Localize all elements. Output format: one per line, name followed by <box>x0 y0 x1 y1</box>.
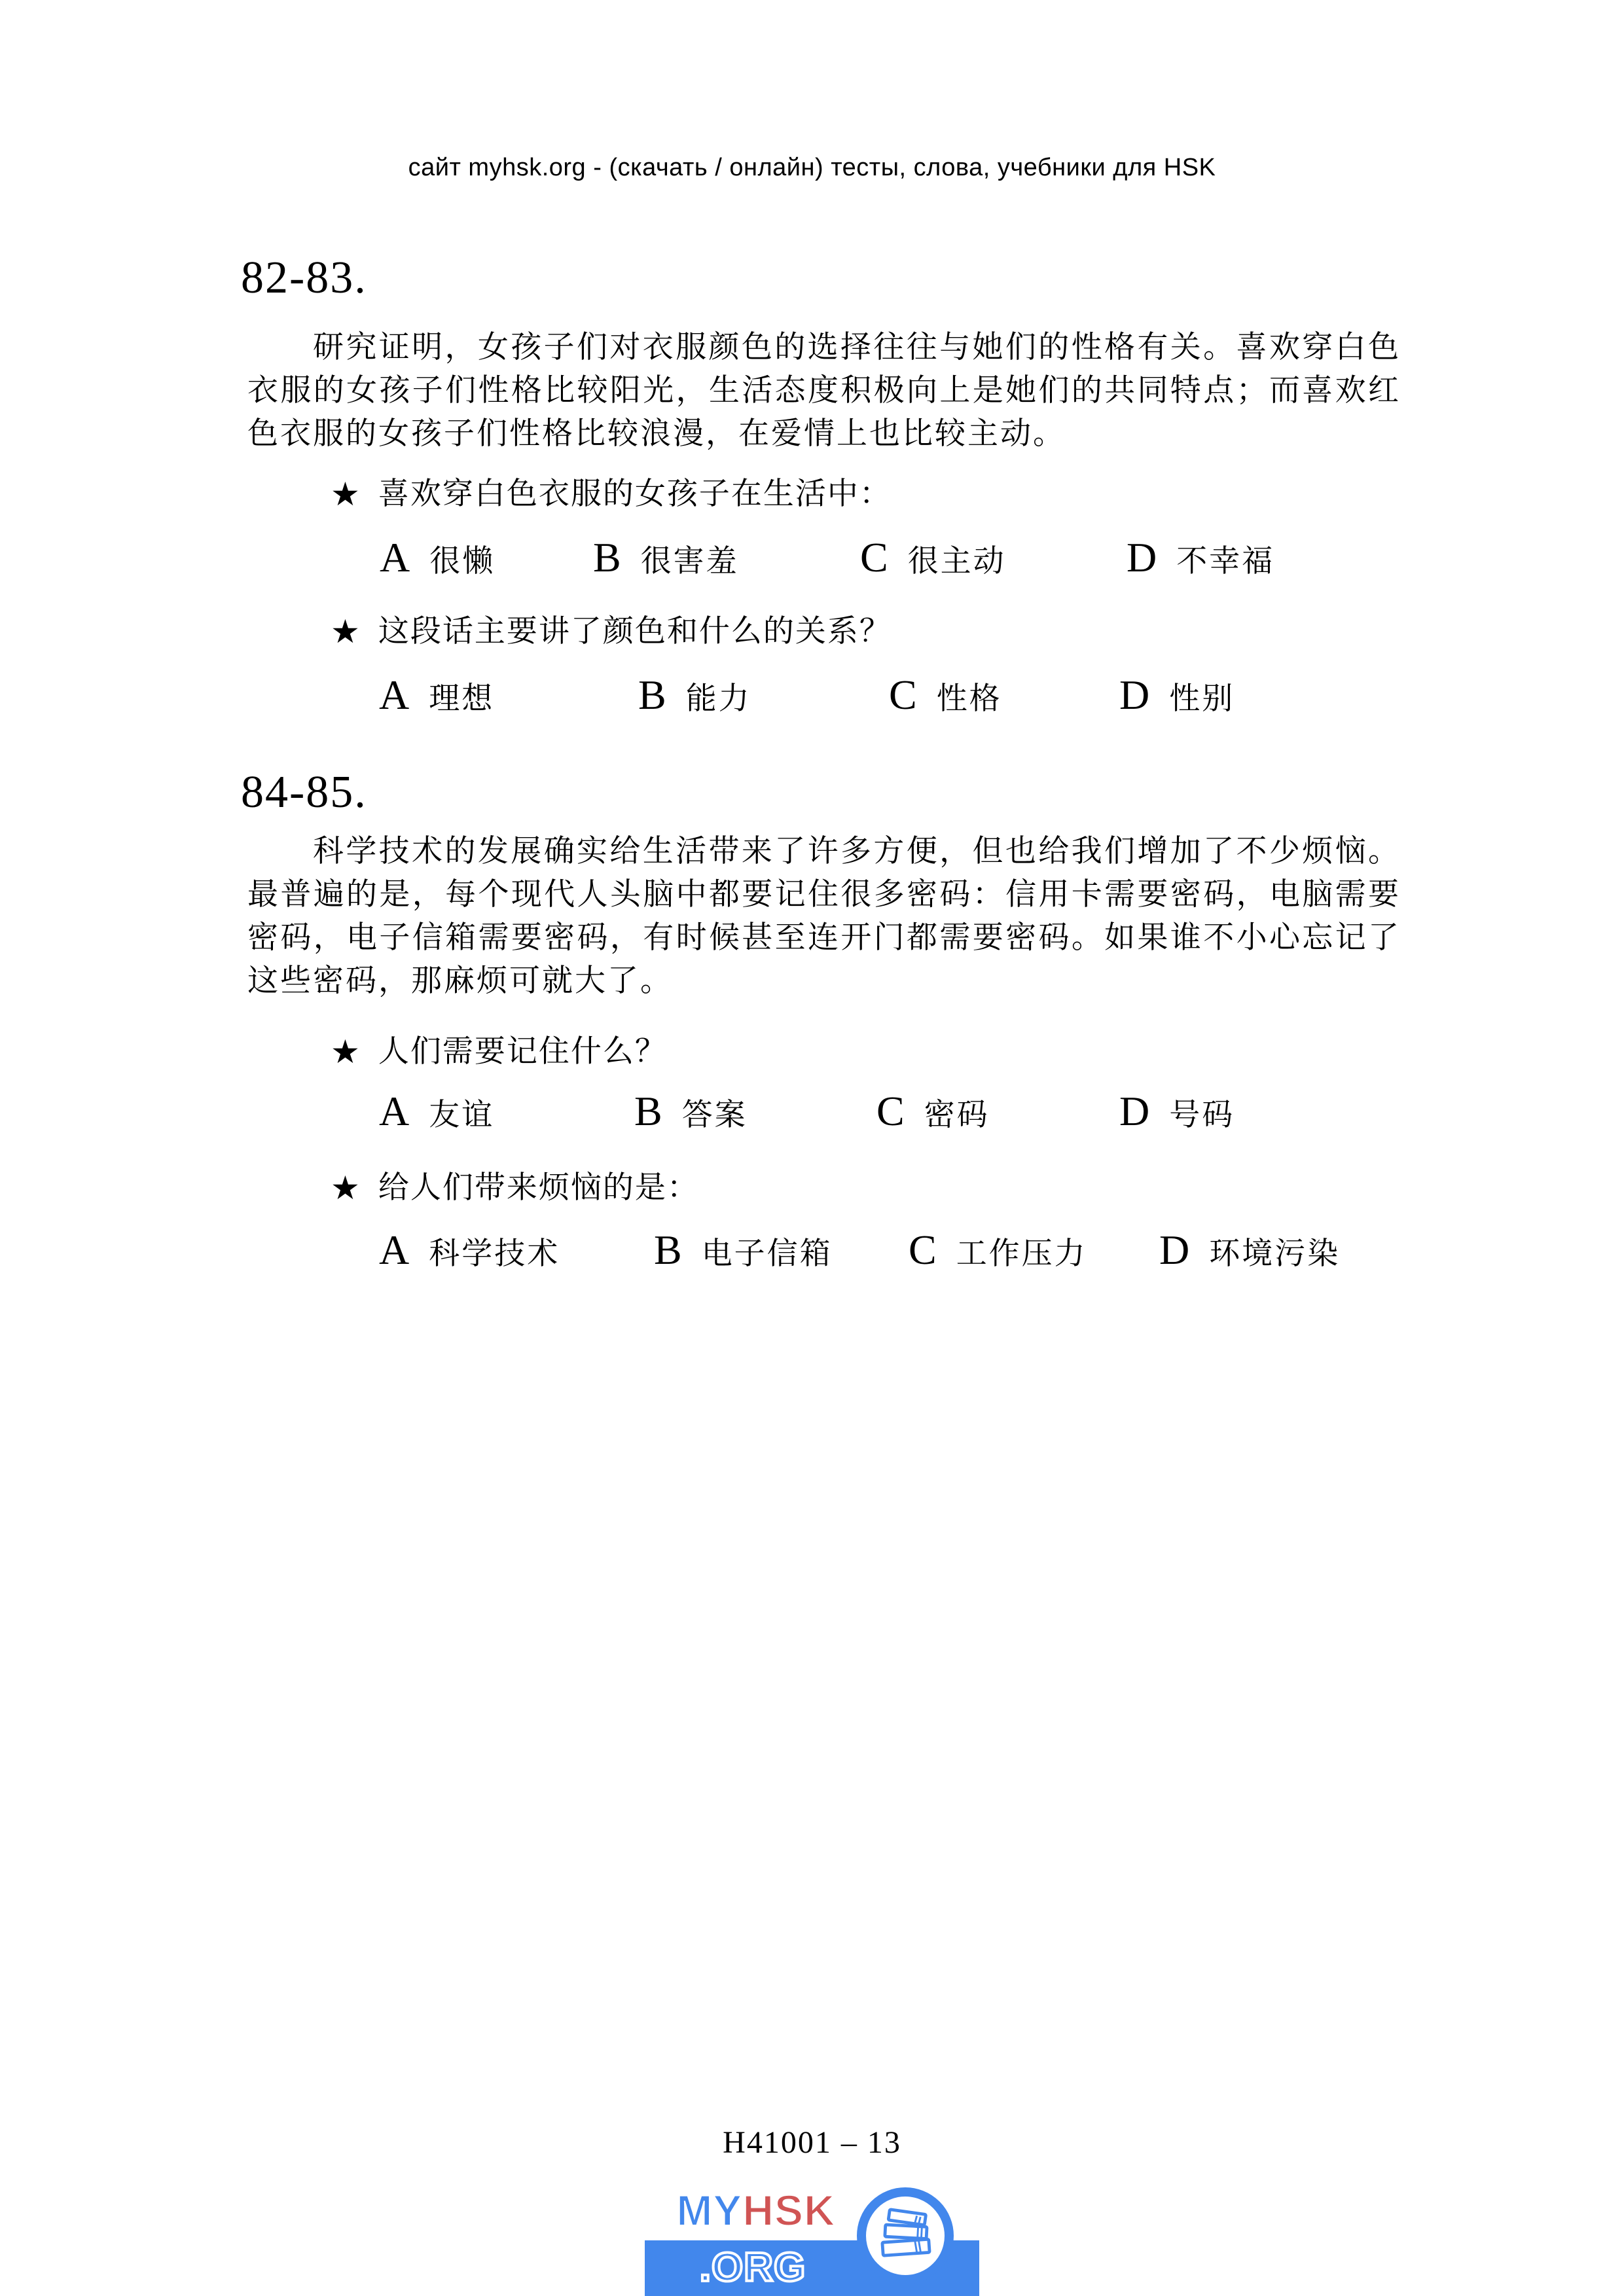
passage-82-83: 研究证明，女孩子们对衣服颜色的选择往往与她们的性格有关。喜欢穿白色衣服的女孩子们… <box>247 326 1401 456</box>
logo-hsk-text: HSK <box>742 2186 835 2234</box>
star-icon: ★ <box>331 475 361 513</box>
test-page: сайт myhsk.org - (скачать / онлайн) тест… <box>0 0 1624 2296</box>
option-letter: B <box>634 1088 662 1134</box>
logo-circle <box>857 2187 954 2284</box>
option-text: 性别 <box>1169 682 1235 716</box>
star-icon: ★ <box>331 613 361 651</box>
logo-band <box>645 2240 979 2296</box>
option-letter: B <box>654 1227 682 1273</box>
option-a: A科学技术 <box>379 1229 560 1282</box>
logo-wordmark: MYHSK <box>661 2189 851 2232</box>
option-letter: D <box>1119 672 1149 718</box>
section-number-84-85: 84-85. <box>241 770 367 816</box>
option-c: C密码 <box>876 1090 990 1143</box>
option-b: B能力 <box>638 674 751 727</box>
option-text: 环境污染 <box>1209 1237 1340 1271</box>
option-a: A友谊 <box>379 1090 494 1143</box>
page-footer-code: H41001 – 13 <box>0 2125 1624 2161</box>
option-letter: A <box>379 1227 409 1273</box>
option-letter: B <box>593 534 621 581</box>
option-text: 很害羞 <box>641 545 739 579</box>
passage-84-85: 科学技术的发展确实给生活带来了许多方便，但也给我们增加了不少烦恼。最普遍的是，每… <box>247 830 1401 1003</box>
option-letter: D <box>1159 1227 1189 1273</box>
options-row-82: A很懒 B很害羞 C很主动 D不幸福 <box>242 537 1486 583</box>
logo-my-text: MY <box>676 2186 742 2234</box>
option-text: 号码 <box>1169 1098 1235 1132</box>
option-letter: A <box>379 1088 409 1134</box>
option-text: 电子信箱 <box>702 1237 833 1271</box>
option-b: B答案 <box>634 1090 748 1143</box>
star-icon: ★ <box>331 1033 361 1071</box>
option-text: 理想 <box>429 682 494 716</box>
option-text: 答案 <box>682 1098 748 1132</box>
question-84: ★人们需要记住什么？ <box>331 1033 667 1071</box>
option-letter: D <box>1119 1088 1149 1134</box>
option-text: 密码 <box>924 1098 990 1132</box>
option-letter: C <box>889 672 917 718</box>
option-letter: C <box>909 1227 937 1273</box>
section-number-82-83: 82-83. <box>241 255 367 301</box>
options-row-85: A科学技术 B电子信箱 C工作压力 D环境污染 <box>242 1229 1486 1275</box>
option-c: C工作压力 <box>909 1229 1087 1282</box>
option-letter: A <box>379 672 409 718</box>
option-d: D环境污染 <box>1159 1229 1340 1282</box>
option-d: D号码 <box>1119 1090 1235 1143</box>
options-row-83: A理想 B能力 C性格 D性别 <box>242 674 1486 720</box>
option-b: B很害羞 <box>593 537 739 590</box>
option-a: A理想 <box>379 674 494 727</box>
option-letter: A <box>380 534 410 581</box>
question-text: 人们需要记住什么？ <box>378 1035 667 1069</box>
question-text: 给人们带来烦恼的是： <box>378 1171 699 1205</box>
option-text: 友谊 <box>429 1098 494 1132</box>
question-text: 这段话主要讲了颜色和什么的关系？ <box>378 615 892 649</box>
question-83: ★这段话主要讲了颜色和什么的关系？ <box>331 613 892 651</box>
logo-org-text: .ORG <box>645 2248 861 2288</box>
option-text: 工作压力 <box>956 1237 1087 1271</box>
option-d: D性别 <box>1119 674 1235 727</box>
options-row-84: A友谊 B答案 C密码 D号码 <box>242 1090 1486 1136</box>
question-85: ★给人们带来烦恼的是： <box>331 1169 699 1207</box>
option-text: 很主动 <box>908 545 1006 579</box>
option-c: C很主动 <box>860 537 1006 590</box>
option-text: 很懒 <box>429 545 495 579</box>
star-icon: ★ <box>331 1169 361 1207</box>
question-text: 喜欢穿白色衣服的女孩子在生活中： <box>378 477 892 511</box>
question-82: ★喜欢穿白色衣服的女孩子在生活中： <box>331 475 892 513</box>
books-icon <box>871 2204 939 2267</box>
option-c: C性格 <box>889 674 1002 727</box>
option-a: A很懒 <box>380 537 495 590</box>
option-letter: C <box>860 534 888 581</box>
option-text: 不幸福 <box>1176 545 1274 579</box>
option-text: 能力 <box>686 682 751 716</box>
option-letter: B <box>638 672 666 718</box>
option-text: 性格 <box>937 682 1002 716</box>
site-header-line: сайт myhsk.org - (скачать / онлайн) тест… <box>0 154 1624 182</box>
option-d: D不幸福 <box>1127 537 1274 590</box>
option-b: B电子信箱 <box>654 1229 833 1282</box>
option-text: 科学技术 <box>429 1237 560 1271</box>
option-letter: D <box>1127 534 1157 581</box>
option-letter: C <box>876 1088 905 1134</box>
